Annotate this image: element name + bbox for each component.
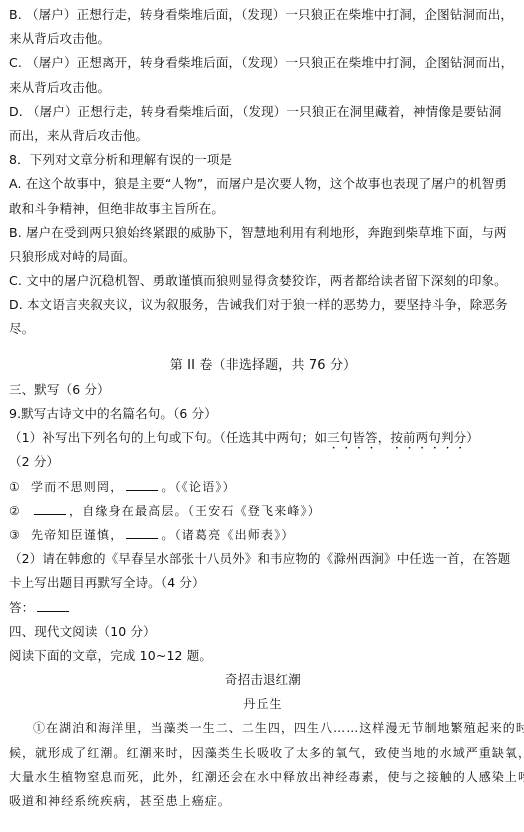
q8-option-a: A. 在这个故事中，狼是主要“人物”，而屠户是次要人物，这个故事也表现了屠户的机… xyxy=(9,172,517,196)
reading-instruction: 阅读下面的文章，完成 10~12 题。 xyxy=(9,644,517,668)
item-number: ② xyxy=(9,499,31,523)
question-8: 8．下列对文章分析和理解有误的一项是 A. 在这个故事中，狼是主要“人物”，而屠… xyxy=(9,148,517,342)
quote-after: ，自缘身在最高层。（王安石《登飞来峰》） xyxy=(69,504,321,518)
sub-question-2-cont: 卡上写出题目再默写全诗。（4 分） xyxy=(9,571,517,595)
sub-question-2: （2）请在韩愈的《早春呈水部张十八员外》和韦应物的《滁州西涧》中任选一首，在答题 xyxy=(9,547,517,571)
exam-page: B. （屠户）正想行走，转身看柴堆后面，（发现）一只狼正在柴堆中打洞，企图钻洞而… xyxy=(9,3,517,813)
article-author: 丹丘生 xyxy=(9,692,517,716)
item-number: ③ xyxy=(9,523,31,547)
section-heading: 三、默写（6 分） xyxy=(9,378,517,402)
question-stem: 8．下列对文章分析和理解有误的一项是 xyxy=(9,148,517,172)
option-text: D. （屠户）正想行走，转身看柴堆后面，（发现）一只狼正在洞里藏着，神情像是要钻… xyxy=(9,100,517,124)
article-title: 奇招击退红潮 xyxy=(9,668,517,692)
article-paragraph-1: ①在湖泊和海洋里，当藻类一生二、二生四，四生八……这样漫无节制地繁殖起来的时 候… xyxy=(9,716,517,813)
q7-option-c: C. （屠户）正想离开，转身看柴堆后面，（发现）一只狼正在柴堆中打洞，企图钻洞而… xyxy=(9,51,517,99)
question-9-stem: 9.默写古诗文中的名篇名句。（6 分） xyxy=(9,402,517,426)
paragraph-line: 候，就形成了红潮。红潮来时，因藻类生长吸收了太多的氧气，致使当地的水域严重缺氧， xyxy=(9,741,517,765)
answer-blank[interactable] xyxy=(34,500,66,515)
paragraph-line: 大量水生植物窒息而死，此外，红潮还会在水中释放出神经毒素，使与之接触的人感染上呼 xyxy=(9,765,517,789)
answer-line: 答： xyxy=(9,596,517,620)
option-text: 而出，来从背后攻击他。 xyxy=(9,124,517,148)
q8-option-b: B. 屠户在受到两只狼始终紧跟的威胁下，智慧地利用有利地形，奔跑到柴草堆下面，与… xyxy=(9,221,517,245)
quote-item-3: ③先帝知臣谨慎，。（诸葛亮《出师表》） xyxy=(9,523,517,547)
q7-option-d: D. （屠户）正想行走，转身看柴堆后面，（发现）一只狼正在洞里藏着，神情像是要钻… xyxy=(9,100,517,148)
sub1-prefix: （1）补写出下列名句的上句或下句。（任选其中两句；如 xyxy=(9,430,327,445)
q8-option-a-cont: 敢和斗争精神，但绝非故事主旨所在。 xyxy=(9,197,517,221)
quote-item-1: ①学而不思则罔，。（《论语》） xyxy=(9,475,517,499)
sub-question-1: （1）补写出下列名句的上句或下句。（任选其中两句；如三句皆答，按前两句判分） xyxy=(9,426,517,450)
q8-option-d: D. 本文语言夹叙夹议，议为叙服务，告诫我们对于狼一样的恶势力，要坚持斗争，除恶… xyxy=(9,293,517,317)
sub1-emphasis: 三句皆答，按前两句判分 xyxy=(327,430,466,445)
quote-before: 学而不思则罔， xyxy=(31,480,123,494)
option-text: B. （屠户）正想行走，转身看柴堆后面，（发现）一只狼正在柴堆中打洞，企图钻洞而… xyxy=(9,3,517,27)
q7-option-b: B. （屠户）正想行走，转身看柴堆后面，（发现）一只狼正在柴堆中打洞，企图钻洞而… xyxy=(9,3,517,51)
spacer xyxy=(9,342,517,354)
q8-option-c: C. 文中的屠户沉稳机智、勇敢谨慎而狼则显得贪婪狡诈，两者都给读者留下深刻的印象… xyxy=(9,269,517,293)
answer-blank[interactable] xyxy=(126,524,158,539)
option-text: 来从背后攻击他。 xyxy=(9,27,517,51)
option-text: 来从背后攻击他。 xyxy=(9,76,517,100)
paragraph-line: 吸道和神经系统疾病，甚至患上癌症。 xyxy=(9,789,517,813)
quote-item-2: ②，自缘身在最高层。（王安石《登飞来峰》） xyxy=(9,499,517,523)
q8-option-b-cont: 只狼形成对峙的局面。 xyxy=(9,245,517,269)
sub1-score: （2 分） xyxy=(9,450,517,474)
option-text: C. （屠户）正想离开，转身看柴堆后面，（发现）一只狼正在柴堆中打洞，企图钻洞而… xyxy=(9,51,517,75)
item-number: ① xyxy=(9,475,31,499)
answer-blank[interactable] xyxy=(37,597,69,612)
part2-title: 第 II 卷（非选择题，共 76 分） xyxy=(9,354,517,378)
answer-label: 答： xyxy=(9,600,34,615)
quote-after: 。（诸葛亮《出师表》） xyxy=(161,528,294,542)
quote-after: 。（《论语》） xyxy=(161,480,235,494)
section-heading: 四、现代文阅读（10 分） xyxy=(9,620,517,644)
section-4: 四、现代文阅读（10 分） 阅读下面的文章，完成 10~12 题。 奇招击退红潮… xyxy=(9,620,517,814)
q8-option-d-cont: 尽。 xyxy=(9,317,517,341)
quote-before: 先帝知臣谨慎， xyxy=(31,528,123,542)
section-3: 三、默写（6 分） 9.默写古诗文中的名篇名句。（6 分） （1）补写出下列名句… xyxy=(9,378,517,620)
sub1-suffix: ） xyxy=(466,430,479,445)
paragraph-line: ①在湖泊和海洋里，当藻类一生二、二生四，四生八……这样漫无节制地繁殖起来的时 xyxy=(9,716,517,740)
answer-blank[interactable] xyxy=(126,476,158,491)
